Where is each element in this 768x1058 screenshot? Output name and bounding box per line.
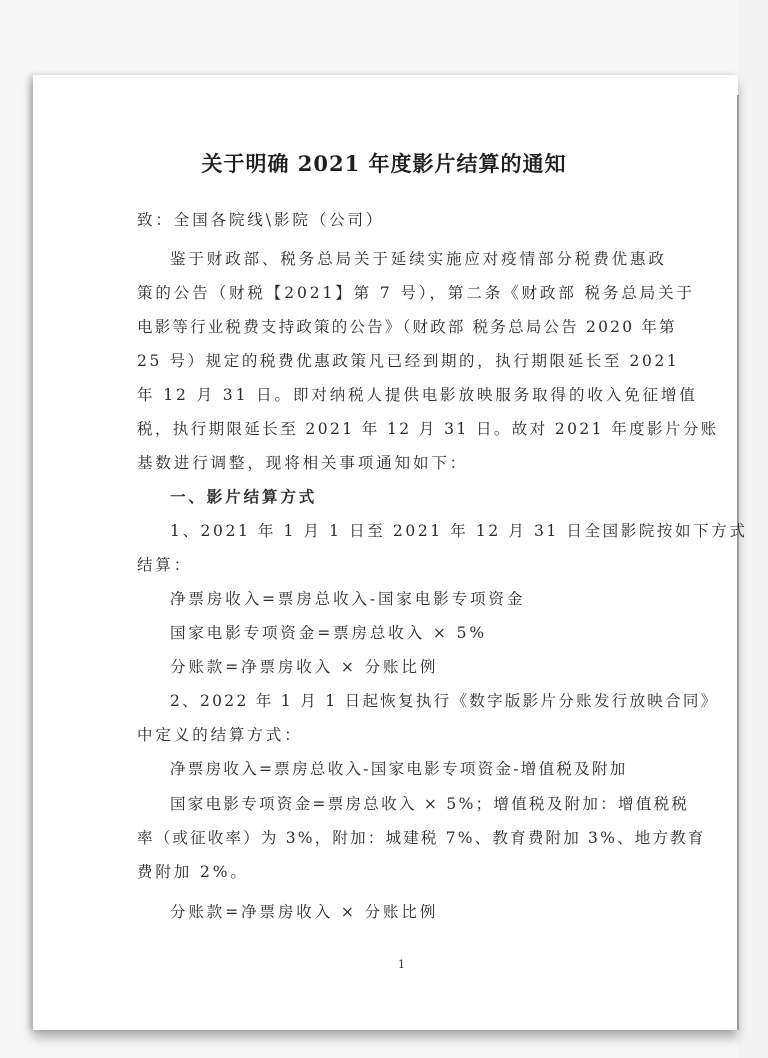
page-edge-divider xyxy=(737,95,739,1030)
item-1-line: 1、2021 年 1 月 1 日至 2021 年 12 月 31 日全国影院按如… xyxy=(170,519,747,541)
formula-net-box-office: 净票房收入=票房总收入-国家电影专项资金 xyxy=(170,587,525,609)
page-number: 1 xyxy=(398,958,405,971)
item-1-line: 结算： xyxy=(137,553,192,575)
addressee: 致：全国各院线\影院（公司） xyxy=(137,208,384,230)
formula-revenue-share-final: 分账款=净票房收入 × 分账比例 xyxy=(170,900,438,922)
section-heading: 一、影片结算方式 xyxy=(170,485,317,507)
item-2-line: 中定义的结算方式： xyxy=(137,723,303,745)
preamble-line: 25 号）规定的税费优惠政策凡已经到期的，执行期限延长至 2021 xyxy=(137,349,679,371)
preamble-line: 年 12 月 31 日。即对纳税人提供电影放映服务取得的收入免征增值 xyxy=(137,383,698,405)
item-2-line: 2、2022 年 1 月 1 日起恢复执行《数字版影片分账发行放映合同》 xyxy=(170,689,718,711)
preamble-line: 税，执行期限延长至 2021 年 12 月 31 日。故对 2021 年度影片分… xyxy=(137,417,719,439)
tax-line: 率（或征收率）为 3%，附加：城建税 7%、教育费附加 3%、地方教育 xyxy=(137,826,706,848)
tax-line: 费附加 2%。 xyxy=(137,860,249,882)
formula-net-box-office-vat: 净票房收入=票房总收入-国家电影专项资金-增值税及附加 xyxy=(170,757,628,779)
formula-revenue-share: 分账款=净票房收入 × 分账比例 xyxy=(170,655,438,677)
document-title: 关于明确 2021 年度影片结算的通知 xyxy=(0,148,768,178)
formula-film-fund: 国家电影专项资金=票房总收入 × 5% xyxy=(170,621,487,643)
preamble-line: 基数进行调整，现将相关事项通知如下： xyxy=(137,451,468,473)
tax-line: 国家电影专项资金=票房总收入 × 5%；增值税及附加：增值税税 xyxy=(170,792,689,814)
preamble-line: 策的公告（财税【2021】第 7 号），第二条《财政部 税务总局关于 xyxy=(137,281,695,303)
preamble-line: 鉴于财政部、税务总局关于延续实施应对疫情部分税费优惠政 xyxy=(170,247,667,269)
preamble-line: 电影等行业税费支持政策的公告》（财政部 税务总局公告 2020 年第 xyxy=(137,315,677,337)
